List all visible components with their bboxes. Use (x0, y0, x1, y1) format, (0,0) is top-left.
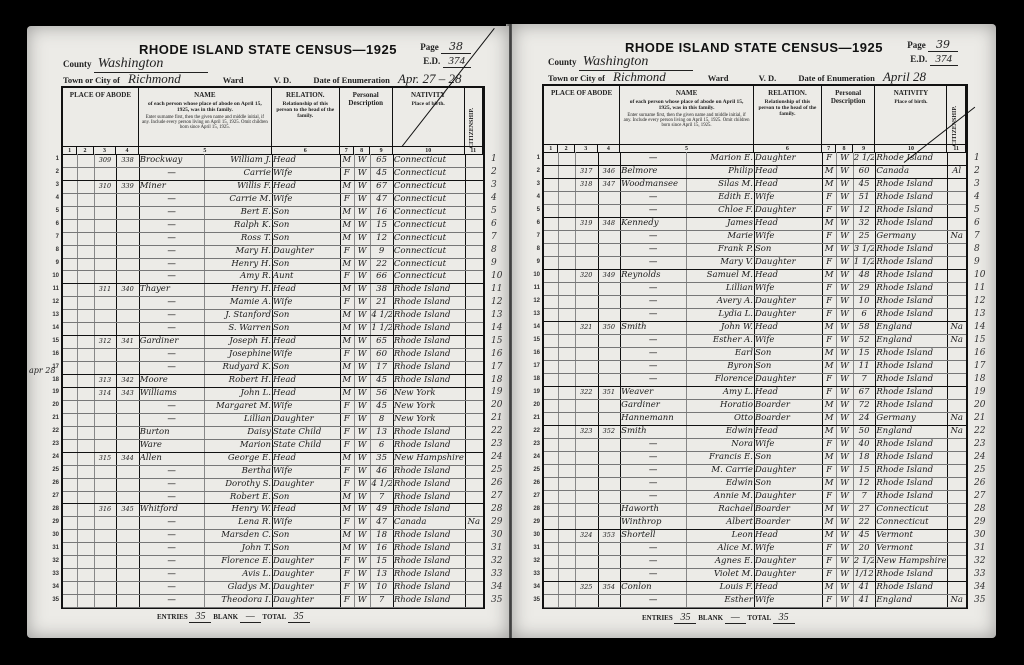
cell-sex: F (341, 555, 353, 568)
cell-age: 1 1/2 (371, 322, 392, 335)
cell-relation: Head (273, 387, 339, 400)
cell-age: 15 (854, 347, 875, 360)
cell-age: 15 (371, 219, 392, 232)
line-number: 2 (45, 169, 59, 175)
cell-cit (466, 206, 482, 219)
cell-family (117, 529, 138, 542)
cell-given: Marion E. (687, 152, 755, 165)
cell-relation: Wife (755, 230, 821, 243)
column-number: 5 (139, 146, 272, 154)
line-number: 2 (526, 168, 540, 174)
cell-cit (466, 400, 482, 413)
line-number: 8 (45, 247, 59, 253)
cell-race: W (837, 165, 851, 178)
cell-age: 45 (371, 167, 392, 180)
cell-relation: Head (273, 452, 339, 465)
column-number: 6 (754, 144, 822, 152)
table-row: 311340ThayerHenry H.HeadMW38Rhode Island (63, 283, 483, 297)
cell-house (576, 503, 597, 516)
cell-birthplace: Rhode Island (394, 439, 464, 452)
cell-house (95, 529, 116, 542)
margin-line-number: 4 (974, 192, 980, 202)
cell-house (95, 245, 116, 258)
cell-race: W (837, 425, 851, 438)
cell-sex: F (341, 348, 353, 361)
margin-line-number: 23 (491, 439, 502, 449)
cell-given: Dorothy S. (205, 478, 273, 491)
table-row: 322351WeaverAmy L.HeadFW67Rhode Island (544, 386, 966, 400)
cell-given: Lillian (205, 413, 273, 426)
cell-birthplace: Vermont (876, 542, 946, 555)
table-row: —EdwinSonMW12Rhode Island (544, 477, 966, 491)
cell-age: 41 (854, 581, 875, 594)
cell-relation: Daughter (755, 568, 821, 581)
column-header: PLACE OF ABODE (544, 86, 620, 152)
line-number: 29 (45, 519, 59, 525)
cell-given: Lillian (687, 282, 755, 295)
cell-given: Amy L. (687, 386, 755, 399)
column-number: 11 (947, 144, 966, 152)
cell-cit (948, 451, 965, 464)
cell-relation: Wife (273, 348, 339, 361)
line-number: 30 (45, 532, 59, 538)
margin-line-number: 28 (974, 504, 985, 514)
cell-cit (948, 529, 965, 542)
column-number: 7 (822, 144, 836, 152)
cell-birthplace: Rhode Island (394, 309, 464, 322)
cell-cit (948, 347, 965, 360)
line-number: 6 (45, 221, 59, 227)
cell-sex: F (341, 478, 353, 491)
cell-race: W (837, 594, 851, 607)
cell-house (576, 373, 597, 386)
margin-line-number: 3 (491, 180, 497, 190)
cell-given: Horatio (687, 399, 755, 412)
column-header: RELATION.Relationship of this person to … (754, 86, 822, 152)
cell-cit (948, 295, 965, 308)
cell-birthplace: Rhode Island (394, 555, 464, 568)
cell-surname: Conlon (621, 581, 685, 594)
cell-family (117, 581, 138, 594)
column-number: 4 (116, 146, 139, 154)
cell-house (576, 230, 597, 243)
cell-family (599, 503, 620, 516)
cell-birthplace: Rhode Island (876, 386, 946, 399)
cell-given: Marsden C. (205, 529, 273, 542)
table-row: WareMarionState ChildFW6Rhode Island (63, 439, 483, 453)
cell-surname: — (621, 152, 685, 165)
line-number: 3 (45, 182, 59, 188)
cell-family (117, 426, 138, 439)
cell-surname: — (140, 348, 204, 361)
table-row: —CarrieWifeFW45Connecticut (63, 167, 483, 181)
cell-family (599, 555, 620, 568)
cell-house: 324 (576, 529, 597, 542)
town-field: Town or City of Richmond Ward V. D. Date… (63, 71, 479, 87)
cell-race: W (355, 594, 369, 607)
cell-sex: M (341, 232, 353, 245)
line-number: 12 (45, 299, 59, 305)
cell-birthplace: Connecticut (876, 503, 946, 516)
cell-family (599, 308, 620, 321)
cell-birthplace: Canada (394, 516, 464, 529)
cell-age: 7 (371, 594, 392, 607)
cell-relation: Head (755, 165, 821, 178)
cell-sex: F (341, 245, 353, 258)
margin-line-number: 24 (974, 452, 985, 462)
cell-relation: Head (755, 529, 821, 542)
cell-birthplace: Rhode Island (876, 360, 946, 373)
cell-house (95, 322, 116, 335)
cell-relation: Son (755, 243, 821, 256)
cell-family (599, 490, 620, 503)
page-number-field: Page 38 (420, 40, 471, 53)
cell-given: Henry W. (205, 503, 273, 516)
column-number: 1 (63, 146, 77, 154)
cell-surname: — (140, 465, 204, 478)
cell-birthplace: Vermont (876, 529, 946, 542)
table-row: —Lena R.WifeFW47CanadaNa (63, 516, 483, 530)
cell-house (95, 232, 116, 245)
cell-given: Violet M. (687, 568, 755, 581)
column-number: 8 (354, 146, 370, 154)
cell-age: 47 (371, 193, 392, 206)
cell-race: W (837, 503, 851, 516)
column-header: NAMEof each person whose place of abode … (139, 88, 272, 154)
cell-sex: F (823, 152, 835, 165)
cell-sex: M (341, 529, 353, 542)
cell-race: W (837, 191, 851, 204)
cell-relation: Wife (755, 438, 821, 451)
cell-sex: M (823, 529, 835, 542)
cell-given: Byron (687, 360, 755, 373)
cell-age: 67 (371, 180, 392, 193)
cell-relation: Wife (755, 334, 821, 347)
cell-sex: F (823, 230, 835, 243)
cell-cit (466, 335, 482, 348)
margin-line-number: 5 (491, 206, 497, 216)
cell-birthplace: Rhode Island (394, 283, 464, 296)
table-row: 319348KennedyJamesHeadMW32Rhode Island (544, 217, 966, 231)
cell-age: 1/12 (854, 568, 875, 581)
cell-family (599, 191, 620, 204)
cell-family (117, 245, 138, 258)
column-header: Personal Description (340, 88, 393, 154)
cell-surname: — (140, 361, 204, 374)
cell-cit (948, 581, 965, 594)
cell-sex: F (823, 568, 835, 581)
cell-race: W (837, 438, 851, 451)
cell-given: Bert E. (205, 206, 273, 219)
cell-surname: — (621, 334, 685, 347)
cell-sex: F (823, 204, 835, 217)
cell-relation: Head (755, 386, 821, 399)
cell-age: 11 (854, 360, 875, 373)
cell-surname: — (140, 193, 204, 206)
line-number: 5 (45, 208, 59, 214)
cell-surname: — (140, 258, 204, 271)
cell-relation: Head (273, 374, 339, 387)
cell-cit (948, 516, 965, 529)
cell-relation: Head (755, 269, 821, 282)
cell-race: W (355, 555, 369, 568)
cell-sex: F (823, 282, 835, 295)
line-number: 35 (45, 597, 59, 603)
cell-race: W (837, 477, 851, 490)
cell-surname: — (621, 347, 685, 360)
line-number: 24 (45, 454, 59, 460)
cell-birthplace: Rhode Island (394, 542, 464, 555)
column-number: 4 (598, 144, 621, 152)
table-row: —S. WarrenSonMW1 1/2Rhode Island (63, 322, 483, 336)
margin-line-number: 3 (974, 179, 980, 189)
cell-birthplace: Rhode Island (394, 581, 464, 594)
cell-relation: Daughter (755, 295, 821, 308)
cell-age: 2 1/2 (854, 152, 875, 165)
cell-family (117, 400, 138, 413)
cell-family (599, 438, 620, 451)
cell-sex: M (341, 361, 353, 374)
cell-surname: — (621, 308, 685, 321)
margin-line-number: 29 (491, 517, 502, 527)
line-number: 31 (45, 545, 59, 551)
cell-race: W (837, 230, 851, 243)
cell-house: 311 (95, 283, 116, 296)
cell-sex: F (823, 191, 835, 204)
cell-given: Silas M. (687, 178, 755, 191)
cell-sex: F (341, 167, 353, 180)
cell-family: 338 (117, 154, 138, 167)
cell-family (117, 568, 138, 581)
line-number: 25 (45, 467, 59, 473)
cell-age: 18 (854, 451, 875, 464)
cell-given: Bertha (205, 465, 273, 478)
cell-sex: M (823, 451, 835, 464)
margin-line-number: 15 (974, 335, 985, 345)
line-number: 21 (45, 415, 59, 421)
table-row: —Dorothy S.DaughterFW4 1/2Rhode Island (63, 478, 483, 492)
cell-relation: Boarder (755, 399, 821, 412)
cell-birthplace: Rhode Island (876, 347, 946, 360)
cell-given: Leon (687, 529, 755, 542)
cell-relation: Daughter (755, 490, 821, 503)
cell-race: W (837, 217, 851, 230)
cell-sex: M (341, 309, 353, 322)
cell-age: 9 (371, 245, 392, 258)
cell-cit (948, 438, 965, 451)
cell-sex: F (341, 270, 353, 283)
table-row: 316345WhitfordHenry W.HeadMW49Rhode Isla… (63, 503, 483, 517)
cell-surname: — (621, 295, 685, 308)
cell-race: W (837, 204, 851, 217)
table-row: —Ralph K.SonMW15Connecticut (63, 219, 483, 233)
cell-given: George E. (205, 452, 273, 465)
cell-sex: F (341, 413, 353, 426)
cell-cit (948, 217, 965, 230)
cell-family (117, 167, 138, 180)
cell-sex: F (341, 581, 353, 594)
cell-surname: — (140, 529, 204, 542)
margin-line-number: 4 (491, 193, 497, 203)
cell-cit (466, 219, 482, 232)
cell-surname: — (621, 282, 685, 295)
cell-given: Margaret M. (205, 400, 273, 413)
census-page-right: RHODE ISLAND STATE CENSUS—1925 Page 39 E… (512, 24, 996, 638)
table-row: HannemannOttoBoarderMW24GermanyNa (544, 412, 966, 426)
cell-surname: — (621, 594, 685, 607)
table-row: 318347WoodmanseeSilas M.HeadMW45Rhode Is… (544, 178, 966, 192)
line-number: 20 (45, 402, 59, 408)
table-row: WinthropAlbertBoarderMW22Connecticut (544, 516, 966, 530)
cell-family (117, 296, 138, 309)
cell-cit: Na (948, 230, 965, 243)
cell-given: Albert (687, 516, 755, 529)
cell-birthplace: Rhode Island (394, 503, 464, 516)
table-row: —John T.SonMW16Rhode Island (63, 542, 483, 556)
margin-line-number: 10 (491, 271, 502, 281)
table-row: —LillianDaughterFW8New York (63, 413, 483, 427)
cell-birthplace: Rhode Island (394, 322, 464, 335)
table-row: —BerthaWifeFW46Rhode Island (63, 465, 483, 479)
cell-age: 45 (854, 529, 875, 542)
cell-surname: — (140, 555, 204, 568)
table-row: —Rudyard K.SonMW17Rhode Island (63, 361, 483, 375)
cell-cit (466, 439, 482, 452)
cell-cit (466, 296, 482, 309)
cell-given: Florence E. (205, 555, 273, 568)
margin-line-number: 11 (974, 283, 985, 293)
table-row: —Chloe F.DaughterFW12Rhode Island (544, 204, 966, 218)
cell-house: 319 (576, 217, 597, 230)
margin-line-number: 16 (974, 348, 985, 358)
table-row: 312341GardinerJoseph H.HeadMW65Rhode Isl… (63, 335, 483, 349)
cell-race: W (837, 347, 851, 360)
cell-cit (466, 374, 482, 387)
cell-race: W (355, 232, 369, 245)
cell-given: Lena R. (205, 516, 273, 529)
cell-family (599, 399, 620, 412)
cell-birthplace: Connecticut (394, 193, 464, 206)
cell-house (95, 400, 116, 413)
cell-age: 24 (854, 412, 875, 425)
cell-surname: Woodmansee (621, 178, 685, 191)
line-number: 31 (526, 545, 540, 551)
margin-line-number: 7 (491, 232, 497, 242)
cell-birthplace: Rhode Island (876, 269, 946, 282)
cell-cit (948, 243, 965, 256)
cell-family: 353 (599, 529, 620, 542)
cell-relation: State Child (273, 439, 339, 452)
margin-line-number: 25 (491, 465, 502, 475)
cell-given: William J. (205, 154, 273, 167)
cell-cit (948, 191, 965, 204)
cell-surname: — (140, 516, 204, 529)
cell-house (576, 334, 597, 347)
cell-age: 1 1/2 (854, 256, 875, 269)
cell-family (599, 464, 620, 477)
cell-surname: — (140, 219, 204, 232)
cell-birthplace: Rhode Island (876, 568, 946, 581)
cell-cit (466, 348, 482, 361)
cell-cit (466, 283, 482, 296)
cell-cit (466, 309, 482, 322)
cell-family: 349 (599, 269, 620, 282)
cell-relation: Son (755, 451, 821, 464)
cell-sex: M (823, 516, 835, 529)
table-row: —Amy R.AuntFW66Connecticut (63, 270, 483, 284)
cell-age: 48 (854, 269, 875, 282)
cell-relation: Son (273, 258, 339, 271)
cell-house (95, 413, 116, 426)
margin-line-number: 31 (974, 543, 985, 553)
cell-race: W (355, 478, 369, 491)
cell-sex: M (341, 387, 353, 400)
line-number: 1 (526, 155, 540, 161)
cell-cit (948, 152, 965, 165)
table-row: —Gladys M.DaughterFW10Rhode Island (63, 581, 483, 595)
table-row: —Henry H.SonMW22Connecticut (63, 258, 483, 272)
cell-birthplace: Rhode Island (876, 399, 946, 412)
cell-age: 4 1/2 (371, 309, 392, 322)
cell-birthplace: Rhode Island (394, 465, 464, 478)
margin-note: apr 28 (29, 366, 55, 375)
cell-birthplace: England (876, 334, 946, 347)
cell-sex: F (823, 555, 835, 568)
table-row: —FlorenceDaughterFW7Rhode Island (544, 373, 966, 387)
margin-line-number: 7 (974, 231, 980, 241)
cell-relation: State Child (273, 426, 339, 439)
cell-age: 60 (371, 348, 392, 361)
cell-relation: Head (273, 154, 339, 167)
cell-surname: — (140, 594, 204, 607)
cell-sex: M (341, 542, 353, 555)
cell-family (599, 477, 620, 490)
cell-age: 13 (371, 568, 392, 581)
cell-house (95, 568, 116, 581)
line-number: 16 (45, 351, 59, 357)
cell-relation: Daughter (273, 245, 339, 258)
cell-cit (948, 542, 965, 555)
cell-age: 8 (371, 413, 392, 426)
column-number: 6 (272, 146, 340, 154)
margin-line-number: 24 (491, 452, 502, 462)
cell-age: 27 (854, 503, 875, 516)
cell-birthplace: Rhode Island (876, 438, 946, 451)
margin-line-number: 27 (974, 491, 985, 501)
cell-surname: Gardiner (621, 399, 685, 412)
cell-relation: Head (755, 581, 821, 594)
line-number: 11 (45, 286, 59, 292)
town-field: Town or City of Richmond Ward V. D. Date… (548, 69, 966, 85)
cell-birthplace: New York (394, 413, 464, 426)
cell-relation: Wife (755, 542, 821, 555)
cell-cit: Na (948, 425, 965, 438)
cell-age: 12 (854, 204, 875, 217)
cell-race: W (355, 258, 369, 271)
cell-age: 50 (854, 425, 875, 438)
cell-age: 52 (854, 334, 875, 347)
cell-sex: M (341, 374, 353, 387)
cell-given: Daisy (205, 426, 273, 439)
cell-surname: — (140, 296, 204, 309)
column-number: 2 (77, 146, 93, 154)
cell-race: W (837, 399, 851, 412)
cell-family (599, 542, 620, 555)
cell-house: 321 (576, 321, 597, 334)
cell-given: Samuel M. (687, 269, 755, 282)
cell-race: W (355, 503, 369, 516)
cell-family: 341 (117, 335, 138, 348)
